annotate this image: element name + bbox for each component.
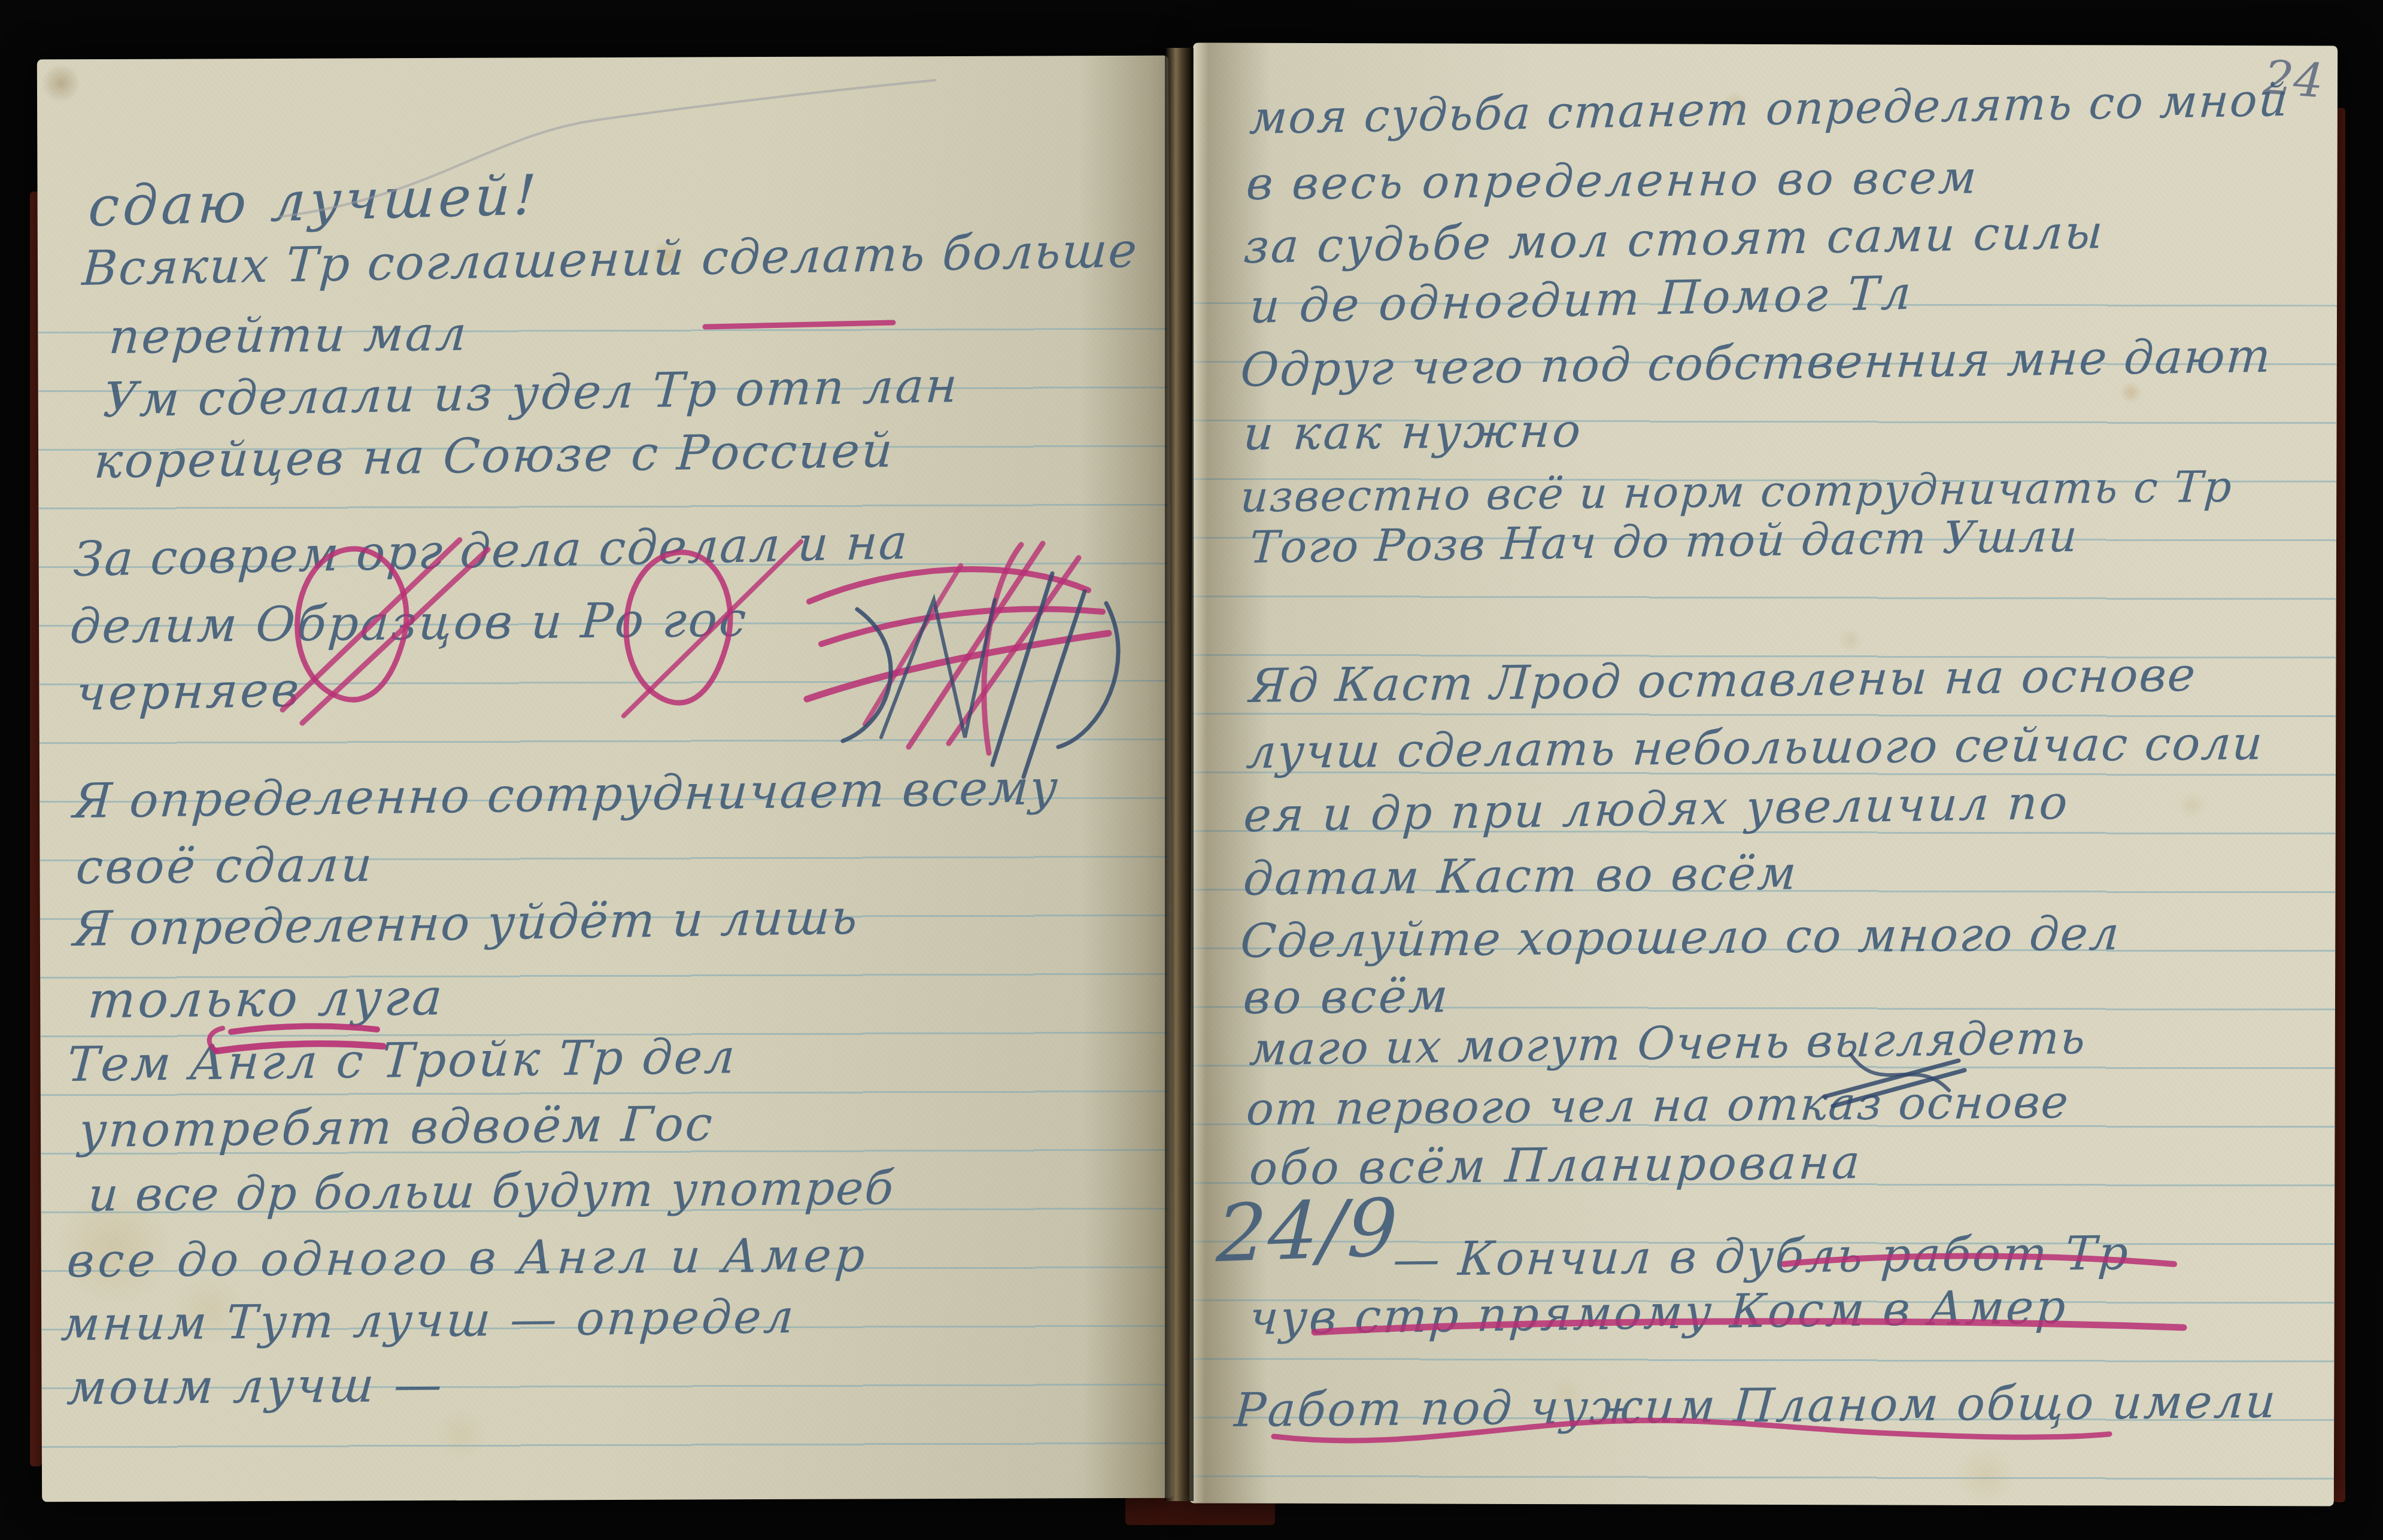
handwriting-line: своё сдали <box>74 837 376 895</box>
handwriting-line: от первого чел на отказ основе <box>1245 1075 2071 1135</box>
handwriting-line: — Кончил в дубль работ Тр <box>1391 1226 2131 1287</box>
handwriting-line: перейти мал <box>107 306 469 365</box>
handwriting-line: моим лучш — <box>65 1357 446 1416</box>
handwriting-line: только луга <box>86 968 447 1029</box>
handwriting-line: сдаю лучшей! <box>87 163 541 239</box>
handwriting-line: делим Образцов и Ро гос <box>68 591 749 654</box>
handwriting-line: 24/9 <box>1215 1181 1401 1280</box>
handwriting-line: употребят вдвоём Гос <box>77 1096 715 1158</box>
handwriting-line: все до одного в Англ и Амер <box>65 1229 870 1288</box>
handwriting-line: корейцев на Союзе с Россией <box>93 422 896 489</box>
handwriting-line: черняев <box>75 661 303 721</box>
handwriting-line: чув стр прямому Косм в Амер <box>1248 1280 2069 1345</box>
handwriting-line: датам Каст во всём <box>1242 846 1800 906</box>
handwriting-line: лучш сделать небольшого сейчас соли <box>1244 716 2265 779</box>
handwriting-line: Сделуйте хорошело со много дел <box>1238 907 2121 968</box>
handwriting-line: в весь определенно во всем <box>1245 150 1981 210</box>
notebook-scan: 24 сдаю лучшей!Всяких Тр соглашений сдел… <box>0 0 2383 1540</box>
handwriting-line: Работ под чужим Планом общо имели <box>1233 1375 2279 1438</box>
handwriting-line: мним Тут лучш — определ <box>60 1290 798 1351</box>
handwriting-line: известно всё и норм сотрудничать с Тр <box>1239 461 2234 522</box>
notebook-spine <box>1165 48 1194 1501</box>
handwriting-line: и как нужно <box>1241 404 1584 461</box>
handwriting-line: во всём <box>1241 970 1452 1025</box>
handwriting-line: Тем Англ с Тройк Тр дел <box>66 1028 739 1092</box>
handwriting-line: и все др больш будут употреб <box>86 1161 895 1222</box>
